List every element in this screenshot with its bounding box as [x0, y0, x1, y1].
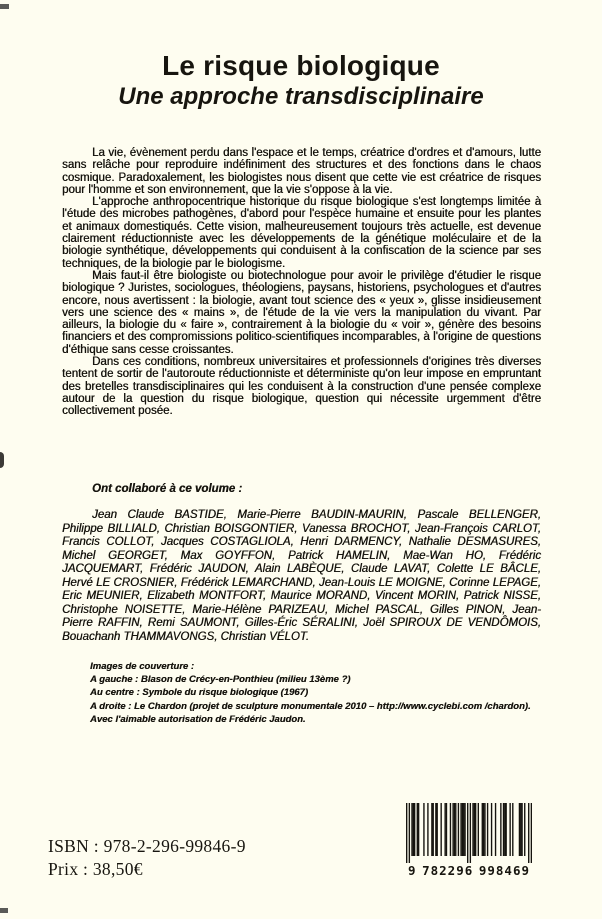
barcode-digit-group: 782296	[422, 864, 473, 877]
blurb-paragraph: Dans ces conditions, nombreux universita…	[62, 356, 541, 417]
scan-artifact-left-edge	[0, 452, 4, 468]
barcode-digit-group: 9	[408, 864, 417, 877]
cover-images-note: Images de couverture : A gauche : Blason…	[90, 660, 570, 726]
back-cover-blurb: La vie, évènement perdu dans l'espace et…	[62, 147, 541, 418]
scan-artifact-bottom-left	[0, 908, 8, 913]
blurb-paragraph: L'approche anthropocentrique historique …	[62, 196, 541, 270]
book-title: Le risque biologique	[0, 51, 602, 81]
barcode-digit-group: 998469	[479, 864, 530, 877]
cover-note-line: A gauche : Blason de Crécy-en-Ponthieu (…	[90, 673, 570, 686]
barcode-digits: 9 782296 998469	[406, 864, 532, 877]
price-text: Prix : 38,50€	[48, 858, 246, 881]
collaborators-heading: Ont collaboré à ce volume :	[92, 483, 242, 495]
isbn-price-block: ISBN : 978-2-296-99846-9 Prix : 38,50€	[48, 835, 246, 881]
ean13-barcode: 9 782296 998469	[406, 803, 532, 877]
blurb-paragraph: La vie, évènement perdu dans l'espace et…	[62, 147, 541, 196]
book-back-cover: Le risque biologique Une approche transd…	[0, 0, 602, 919]
blurb-paragraph: Mais faut-il être biologiste ou biotechn…	[62, 270, 541, 356]
cover-note-line: A droite : Le Chardon (projet de sculptu…	[90, 700, 570, 713]
cover-note-line: Avec l'aimable autorisation de Frédéric …	[90, 713, 570, 726]
book-subtitle: Une approche transdisciplinaire	[0, 84, 602, 110]
isbn-text: ISBN : 978-2-296-99846-9	[48, 835, 246, 858]
cover-note-line: Images de couverture :	[90, 660, 570, 673]
cover-note-line: Au centre : Symbole du risque biologique…	[90, 686, 570, 699]
scan-artifact-top-left	[0, 4, 9, 9]
barcode-bars	[406, 803, 532, 863]
collaborators-list: Jean Claude BASTIDE, Marie-Pierre BAUDIN…	[62, 509, 541, 644]
